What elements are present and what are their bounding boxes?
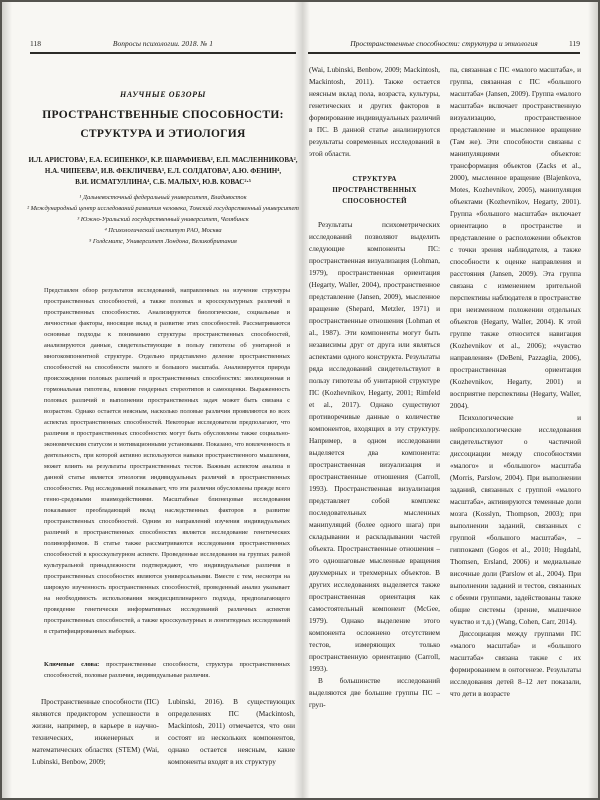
authors-line: И.Л. АРИСТОВА¹, Е.А. ЕСИПЕНКО², К.Р. ШАР…	[26, 155, 300, 166]
abstract-text: Представлен обзор результатов исследован…	[44, 285, 290, 655]
right-page-header: Пространственные способности: структура …	[308, 32, 580, 48]
body-paragraph: Психологические и нейропсихологические и…	[450, 412, 581, 628]
body-paragraph: Диссоциация между группами ПС «малого ма…	[450, 628, 581, 700]
affiliation-line: ⁵ Голдсмитс, Университет Лондона, Велико…	[26, 236, 300, 247]
right-page-number: 119	[546, 39, 580, 48]
section-heading: СТРУКТУРА ПРОСТРАНСТВЕННЫХ СПОСОБНОСТЕЙ	[313, 174, 436, 207]
affiliation-line: ³ Южно-Уральский государственный универс…	[26, 214, 300, 225]
authors-block: И.Л. АРИСТОВА¹, Е.А. ЕСИПЕНКО², К.Р. ШАР…	[26, 155, 300, 188]
body-column-2: па, связанная с ПС «малого масштаба», и …	[450, 64, 581, 780]
body-column-2: Lubinski, 2016). В существующих определе…	[168, 696, 295, 782]
body-paragraph: В большинстве исследований выделяются дв…	[309, 675, 440, 711]
affiliation-line: ⁴ Психологический институт РАО, Москва	[26, 225, 300, 236]
right-page-edge-shadow	[588, 2, 598, 800]
right-running-title: Пространственные способности: структура …	[342, 39, 546, 48]
keywords-label: Ключевые слова:	[44, 661, 99, 668]
body-paragraph: Результаты психометрических исследований…	[309, 219, 440, 675]
left-page-edge-shadow	[2, 2, 12, 800]
body-column-1: Пространственные способности (ПС) являют…	[32, 696, 159, 782]
left-page-body-columns: Пространственные способности (ПС) являют…	[32, 696, 295, 782]
journal-scan: 118 Вопросы психологии. 2018. № 1 Простр…	[0, 0, 600, 800]
left-header-rule	[30, 52, 296, 54]
article-title-line2: СТРУКТУРА И ЭТИОЛОГИЯ	[32, 128, 294, 140]
article-title-line1: ПРОСТРАНСТВЕННЫЕ СПОСОБНОСТИ:	[32, 109, 294, 121]
left-page-number: 118	[30, 39, 64, 48]
body-column-1: (Wai, Lubinski, Benbow, 2009; Mackintosh…	[309, 64, 440, 780]
page-gutter-shadow	[294, 2, 310, 800]
right-header-rule	[308, 52, 580, 54]
keywords-paragraph: Ключевые слова: пространственные способн…	[44, 659, 290, 689]
affiliation-line: ² Международный центр исследований разви…	[26, 203, 300, 214]
body-paragraph: па, связанная с ПС «малого масштаба», и …	[450, 64, 581, 412]
affiliations-block: ¹ Дальневосточный федеральный университе…	[26, 192, 300, 247]
affiliation-line: ¹ Дальневосточный федеральный университе…	[26, 192, 300, 203]
body-paragraph: Lubinski, 2016). В существующих определе…	[168, 696, 295, 768]
right-page-body-columns: (Wai, Lubinski, Benbow, 2009; Mackintosh…	[309, 64, 581, 780]
left-running-title: Вопросы психологии. 2018. № 1	[64, 39, 262, 48]
body-paragraph: (Wai, Lubinski, Benbow, 2009; Mackintosh…	[309, 64, 440, 160]
section-label: НАУЧНЫЕ ОБЗОРЫ	[32, 90, 294, 99]
authors-line: В.И. ИСМАТУЛЛИНА⁴, С.Б. МАЛЫХ⁴, Ю.В. КОВ…	[26, 177, 300, 188]
authors-line: Н.А. ЧИПЕЕВА³, И.В. ФЕКЛИЧЕВА³, Е.Л. СОЛ…	[26, 166, 300, 177]
body-paragraph: Пространственные способности (ПС) являют…	[32, 696, 159, 768]
left-page-header: 118 Вопросы психологии. 2018. № 1	[30, 32, 296, 48]
